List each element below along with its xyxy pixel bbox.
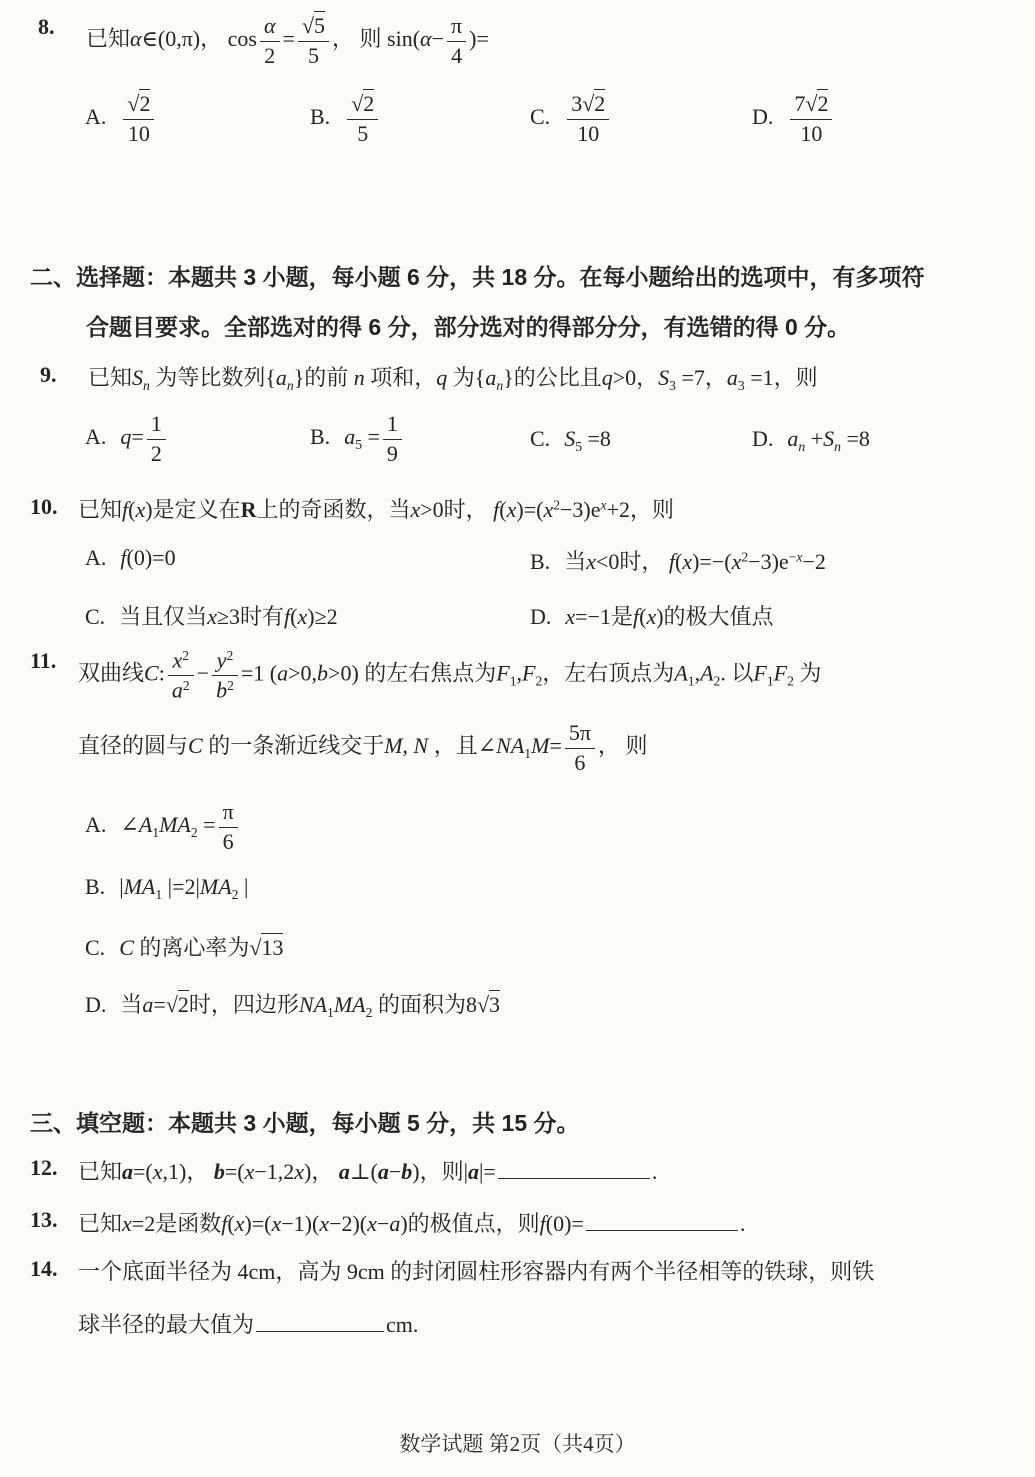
question-stem-line1: 双曲线C:x2a2−y2b2=1 (a>0,b>0) 的左右焦点为F1,F2，左… xyxy=(78,648,1005,703)
question-8-options: A.√210 B.√25 C.3√210 D.7√210 xyxy=(30,92,1035,146)
question-number: 8. xyxy=(30,14,86,40)
question-number: 12. xyxy=(30,1155,78,1181)
question-11: 11. 双曲线C:x2a2−y2b2=1 (a>0,b>0) 的左右焦点为F1,… xyxy=(30,648,1005,776)
option-a: A.f(0)=0 xyxy=(85,545,530,576)
section-2-line2: 合题目要求。全部选对的得 6 分，部分选对的得部分分，有选错的得 0 分。 xyxy=(30,302,1005,352)
question-9: 9. 已知Sn 为等比数列{an}的前 n 项和，q 为{an}的公比且q>0，… xyxy=(30,362,1005,396)
section-3-header: 三、填空题：本题共 3 小题，每小题 5 分，共 15 分。 xyxy=(30,1098,1005,1148)
option-b: B.√25 xyxy=(310,92,530,146)
question-number: 9. xyxy=(30,362,88,388)
question-stem: 已知Sn 为等比数列{an}的前 n 项和，q 为{an}的公比且q>0，S3 … xyxy=(88,362,1005,396)
option-c: C.3√210 xyxy=(530,92,752,146)
exam-page: 8. 已知α∈(0,π)， cosα2=√55， 则 sin(α−π4)= A.… xyxy=(0,0,1035,1477)
option-b: B.|MA1 |=2|MA2 | xyxy=(85,874,1035,903)
question-stem-line2: 球半径的最大值为cm. xyxy=(78,1308,1005,1341)
question-stem: 已知f(x)是定义在R上的奇函数，当x>0时， f(x)=(x2−3)ex+2，… xyxy=(78,494,1005,526)
option-d: D.x=−1是f(x)的极大值点 xyxy=(530,600,1035,631)
question-10: 10. 已知f(x)是定义在R上的奇函数，当x>0时， f(x)=(x2−3)e… xyxy=(30,494,1005,526)
option-a: A.∠A1MA2 =π6 xyxy=(85,800,1035,854)
answer-blank xyxy=(586,1207,738,1231)
option-b: B.当x<0时， f(x)=−(x2−3)e−x−2 xyxy=(530,545,1035,576)
option-c: C.S5 =8 xyxy=(530,412,752,466)
option-a: A.q=12 xyxy=(85,412,310,466)
option-a: A.√210 xyxy=(85,92,310,146)
question-stem: 已知α∈(0,π)， cosα2=√55， 则 sin(α−π4)= xyxy=(86,14,1005,68)
question-stem-line1: 一个底面半径为 4cm，高为 9cm 的封闭圆柱形容器内有两个半径相等的铁球，则… xyxy=(78,1256,1005,1288)
answer-blank xyxy=(498,1155,650,1179)
question-number: 10. xyxy=(30,494,78,520)
question-14: 14. 一个底面半径为 4cm，高为 9cm 的封闭圆柱形容器内有两个半径相等的… xyxy=(30,1256,1005,1341)
question-11-options: A.∠A1MA2 =π6 B.|MA1 |=2|MA2 | C.C 的离心率为√… xyxy=(30,800,1035,1041)
section-2-line1: 二、选择题：本题共 3 小题，每小题 6 分，共 18 分。在每小题给出的选项中… xyxy=(30,252,1005,302)
question-9-options: A.q=12 B.a5 =19 C.S5 =8 D.an +Sn =8 xyxy=(30,412,1035,466)
option-c: C.C 的离心率为√13 xyxy=(85,931,1035,962)
section-2-header: 二、选择题：本题共 3 小题，每小题 6 分，共 18 分。在每小题给出的选项中… xyxy=(30,252,1005,352)
question-8: 8. 已知α∈(0,π)， cosα2=√55， 则 sin(α−π4)= xyxy=(30,14,1005,68)
question-stem: 已知x=2是函数f(x)=(x−1)(x−2)(x−a)的极值点，则f(0)=. xyxy=(78,1207,1005,1240)
question-number: 14. xyxy=(30,1256,78,1282)
option-c: C.当且仅当x≥3时有f(x)≥2 xyxy=(85,600,530,631)
question-12: 12. 已知a=(x,1)， b=(x−1,2x)， a⊥(a−b)，则|a|=… xyxy=(30,1155,1005,1188)
question-stem: 已知a=(x,1)， b=(x−1,2x)， a⊥(a−b)，则|a|=. xyxy=(78,1155,1005,1188)
answer-blank xyxy=(256,1308,384,1332)
question-stem-line2: 直径的圆与C 的一条渐近线交于M, N ，且∠NA1M=5π6， 则 xyxy=(78,721,1005,775)
option-d: D.an +Sn =8 xyxy=(752,412,1035,466)
option-b: B.a5 =19 xyxy=(310,412,530,466)
section-3-title: 三、填空题：本题共 3 小题，每小题 5 分，共 15 分。 xyxy=(30,1098,1005,1148)
question-13: 13. 已知x=2是函数f(x)=(x−1)(x−2)(x−a)的极值点，则f(… xyxy=(30,1207,1005,1240)
option-d: D.7√210 xyxy=(752,92,1035,146)
question-10-options: A.f(0)=0 B.当x<0时， f(x)=−(x2−3)e−x−2 C.当且… xyxy=(30,545,1035,631)
option-d: D.当a=√2时，四边形NA1MA2 的面积为8√3 xyxy=(85,988,1035,1021)
question-number: 13. xyxy=(30,1207,78,1233)
question-number: 11. xyxy=(30,648,78,674)
page-footer: 数学试题 第2页（共4页） xyxy=(0,1428,1035,1458)
